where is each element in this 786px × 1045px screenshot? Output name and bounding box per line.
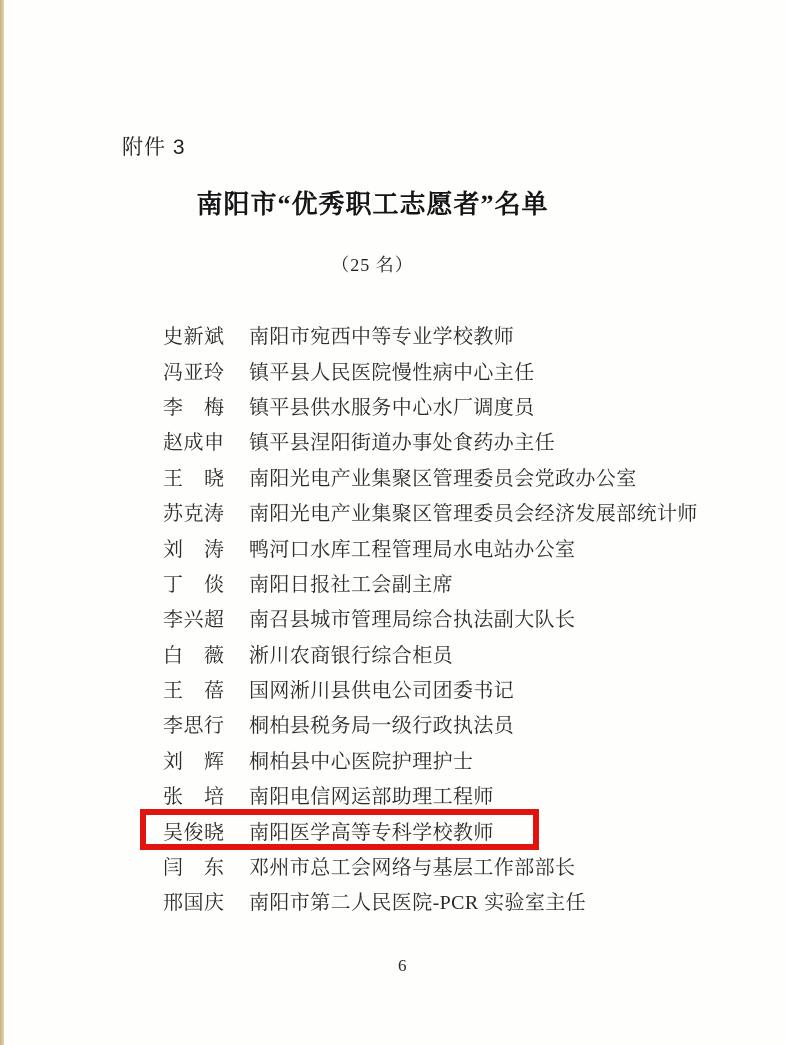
person-name: 李思行	[163, 709, 227, 738]
person-name: 闫 东	[163, 851, 227, 880]
person-name: 丁 倓	[163, 568, 227, 597]
person-name: 李兴超	[163, 603, 227, 632]
person-title: 南阳市第二人民医院-PCR 实验室主任	[249, 886, 586, 915]
list-item: 刘 涛鸭河口水库工程管理局水电站办公室	[163, 529, 723, 564]
person-title: 南召县城市管理局综合执法副大队长	[249, 603, 575, 632]
person-name: 苏克涛	[163, 497, 227, 526]
list-item: 刘 辉桐柏县中心医院护理护士	[163, 742, 723, 777]
list-item: 闫 东邓州市总工会网络与基层工作部部长	[163, 848, 723, 883]
list-item: 李 梅镇平县供水服务中心水厂调度员	[163, 388, 723, 423]
person-name: 刘 涛	[163, 533, 227, 562]
person-title: 南阳市宛西中等专业学校教师	[249, 320, 514, 349]
person-name: 赵成申	[163, 426, 227, 455]
attachment-label: 附件 3	[122, 131, 186, 161]
person-title: 邓州市总工会网络与基层工作部部长	[249, 851, 575, 880]
volunteer-name-list: 史新斌南阳市宛西中等专业学校教师冯亚玲镇平县人民医院慢性病中心主任李 梅镇平县供…	[163, 317, 723, 919]
list-item: 李兴超南召县城市管理局综合执法副大队长	[163, 600, 723, 635]
list-item: 苏克涛南阳光电产业集聚区管理委员会经济发展部统计师	[163, 494, 723, 529]
document-title: 南阳市“优秀职工志愿者”名单	[0, 184, 745, 221]
person-name: 史新斌	[163, 320, 227, 349]
person-title: 南阳电信网运部助理工程师	[249, 780, 494, 809]
person-title: 镇平县人民医院慢性病中心主任	[249, 356, 535, 385]
count-note: （25 名）	[0, 251, 745, 277]
person-title: 南阳日报社工会副主席	[249, 568, 453, 597]
list-item: 王 晓南阳光电产业集聚区管理委员会党政办公室	[163, 459, 723, 494]
list-item: 赵成申镇平县涅阳街道办事处食药办主任	[163, 423, 723, 458]
person-name: 冯亚玲	[163, 356, 227, 385]
person-name: 李 梅	[163, 391, 227, 420]
person-title: 国网淅川县供电公司团委书记	[249, 674, 514, 703]
person-title: 鸭河口水库工程管理局水电站办公室	[249, 533, 575, 562]
list-item: 邢国庆南阳市第二人民医院-PCR 实验室主任	[163, 883, 723, 918]
page-number: 6	[398, 956, 407, 976]
person-title: 桐柏县中心医院护理护士	[249, 745, 473, 774]
person-name: 吴俊晓	[163, 816, 227, 845]
person-name: 王 晓	[163, 462, 227, 491]
list-item: 王 蓓国网淅川县供电公司团委书记	[163, 671, 723, 706]
person-name: 张 培	[163, 780, 227, 809]
person-title: 镇平县供水服务中心水厂调度员	[249, 391, 535, 420]
person-name: 刘 辉	[163, 745, 227, 774]
person-title: 南阳医学高等专科学校教师	[249, 816, 494, 845]
person-title: 南阳光电产业集聚区管理委员会经济发展部统计师	[249, 497, 698, 526]
person-name: 邢国庆	[163, 886, 227, 915]
person-title: 镇平县涅阳街道办事处食药办主任	[249, 426, 555, 455]
list-item: 李思行桐柏县税务局一级行政执法员	[163, 706, 723, 741]
list-item: 白 薇淅川农商银行综合柜员	[163, 636, 723, 671]
list-item: 丁 倓南阳日报社工会副主席	[163, 565, 723, 600]
person-title: 淅川农商银行综合柜员	[249, 639, 453, 668]
list-item: 吴俊晓南阳医学高等专科学校教师	[163, 812, 723, 847]
list-item: 史新斌南阳市宛西中等专业学校教师	[163, 317, 723, 352]
person-name: 白 薇	[163, 639, 227, 668]
list-item: 张 培南阳电信网运部助理工程师	[163, 777, 723, 812]
list-item: 冯亚玲镇平县人民医院慢性病中心主任	[163, 352, 723, 387]
person-name: 王 蓓	[163, 674, 227, 703]
person-title: 桐柏县税务局一级行政执法员	[249, 709, 514, 738]
document-page: 附件 3 南阳市“优秀职工志愿者”名单 （25 名） 史新斌南阳市宛西中等专业学…	[0, 0, 786, 1045]
scan-edge-strip	[0, 0, 4, 1045]
person-title: 南阳光电产业集聚区管理委员会党政办公室	[249, 462, 637, 491]
